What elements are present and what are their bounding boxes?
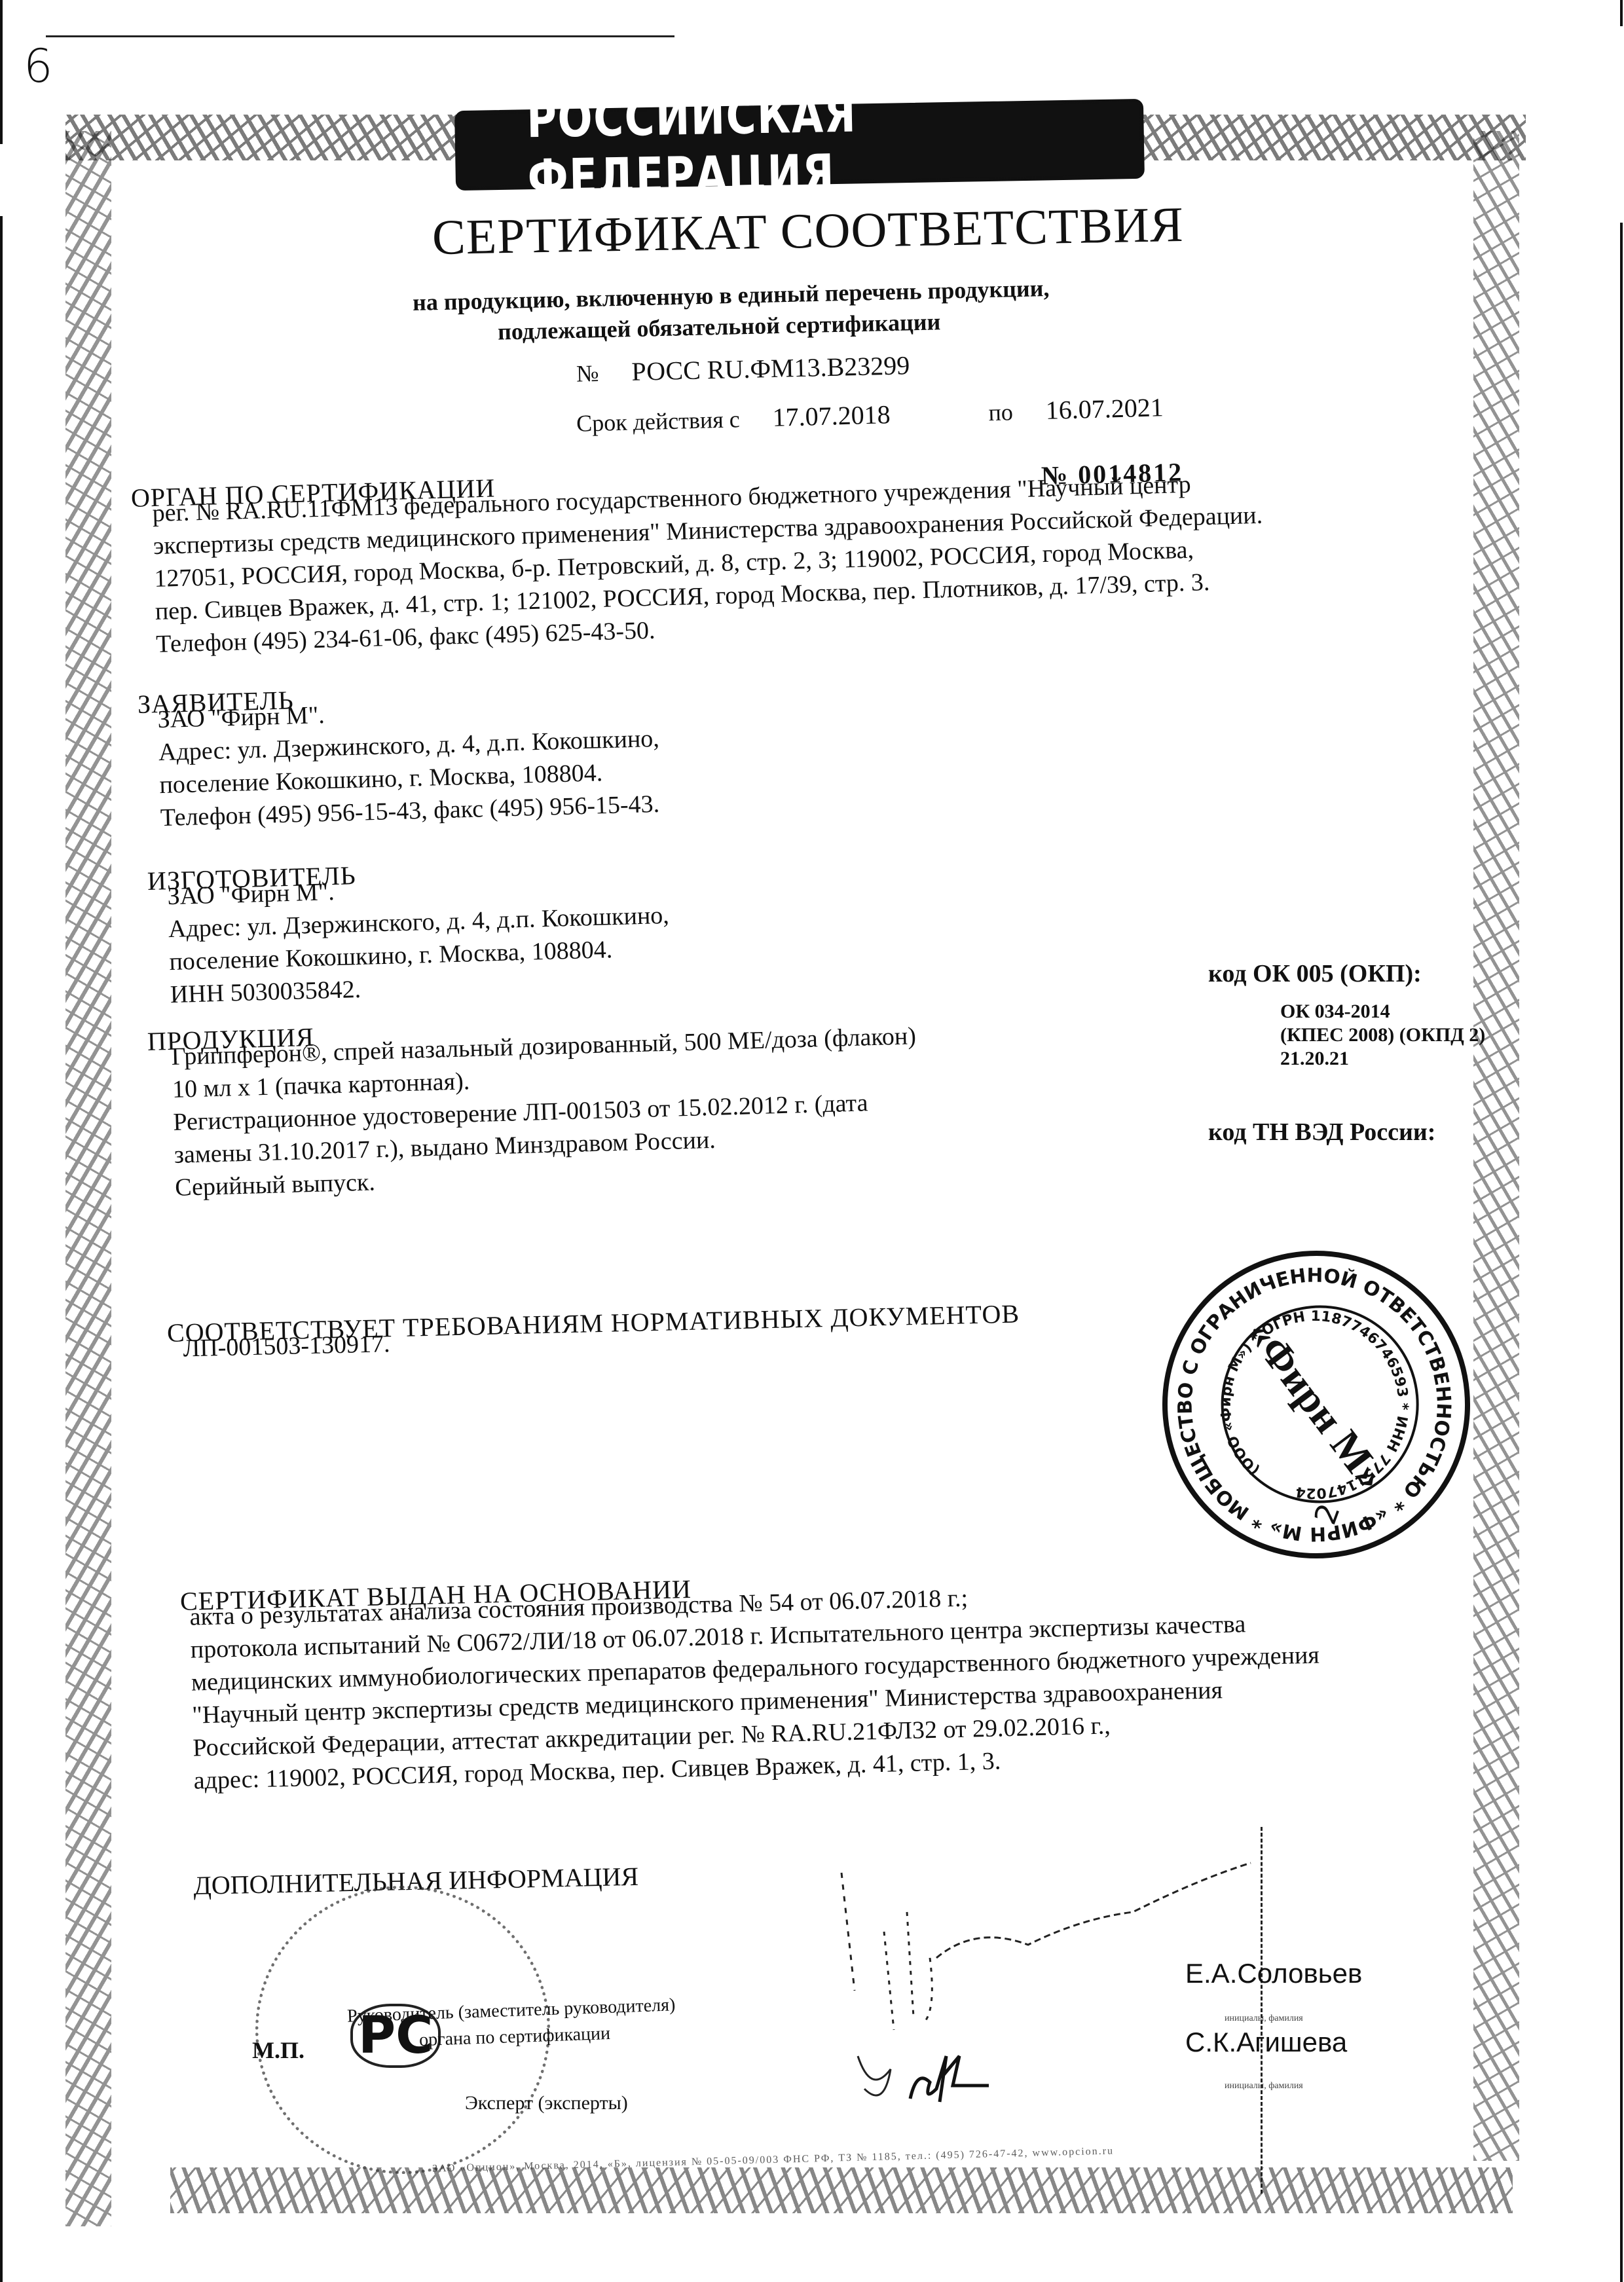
ornamental-border-bottom: [170, 2167, 1513, 2213]
certificate-number-value: РОСС RU.ФМ13.В23299: [631, 350, 910, 386]
role-expert-label: Эксперт (эксперты): [465, 2092, 628, 2114]
okp-code-label: код ОК 005 (ОКП):: [1208, 959, 1485, 988]
ornamental-border-left: [65, 131, 111, 2226]
okp-code-line: (КПЕС 2008) (ОКПД 2): [1280, 1023, 1485, 1047]
section-heading: ИЗГОТОВИТЕЛЬ: [147, 851, 667, 865]
section-manufacturer: ИЗГОТОВИТЕЛЬ ЗАО "Фирн М". Адрес: ул. Дз…: [147, 866, 671, 1012]
validity-period: Срок действия с 17.07.2018 по 16.07.2021: [576, 392, 1164, 437]
banner-text: РОССИЙСКАЯ ФЕДЕРАЦИЯ: [526, 81, 1073, 208]
stamp-place-label: М.П.: [252, 2036, 304, 2064]
section-issued-basis: СЕРТИФИКАТ ВЫДАН НА ОСНОВАНИИ акта о рез…: [180, 1573, 1322, 1797]
name-caption: инициалы, фамилия: [1225, 2081, 1303, 2091]
handwritten-signatures: [832, 1860, 1486, 2135]
section-heading: СООТВЕТСТВУЕТ ТРЕБОВАНИЯМ НОРМАТИВНЫХ ДО…: [166, 1297, 1019, 1317]
section-product: ПРОДУКЦИЯ Гриппферон®, спрей назальный д…: [147, 1020, 920, 1205]
subtitle-line-1: на продукцию, включенную в единый перече…: [413, 274, 1050, 316]
name-caption: инициалы, фамилия: [1225, 2014, 1303, 2024]
page-edge-right: [1620, 0, 1623, 26]
certificate-number-label: №: [576, 360, 599, 387]
document-title: СЕРТИФИКАТ СООТВЕТСТВИЯ: [432, 196, 1184, 267]
company-seal: ОБЩЕСТВО С ОГРАНИЧЕННОЙ ОТВЕТСТВЕННОСТЬЮ…: [1099, 1188, 1533, 1621]
section-heading: ЗАЯВИТЕЛЬ: [137, 674, 657, 688]
okp-code-values: ОК 034-2014 (КПЕС 2008) (ОКПД 2) 21.20.2…: [1280, 1000, 1485, 1071]
valid-from: 17.07.2018: [772, 399, 891, 432]
tnved-code-label: код ТН ВЭД России:: [1208, 1118, 1485, 1147]
scan-line: [46, 35, 674, 37]
seal-center-text: «Фирн М»: [1108, 1196, 1524, 1613]
classification-codes: код ОК 005 (ОКП): ОК 034-2014 (КПЕС 2008…: [1208, 959, 1485, 1147]
okp-code-line: 21.20.21: [1280, 1047, 1485, 1071]
validity-label: Срок действия с: [576, 406, 741, 437]
fold-line: [1261, 1827, 1263, 2194]
section-applicant: ЗАЯВИТЕЛЬ ЗАО "Фирн М". Адрес: ул. Дзерж…: [138, 690, 661, 835]
okp-code-line: ОК 034-2014: [1280, 1000, 1485, 1023]
valid-to: 16.07.2021: [1045, 392, 1164, 425]
expert-signatory-name: С.К.Агишева: [1185, 2027, 1347, 2058]
handwritten-page-number: 6: [24, 39, 53, 93]
certificate-number: № РОСС RU.ФМ13.В23299: [576, 350, 910, 388]
validity-to-label: по: [988, 399, 1013, 426]
section-complies-with: СООТВЕТСТВУЕТ ТРЕБОВАНИЯМ НОРМАТИВНЫХ ДО…: [167, 1313, 1020, 1365]
page-edge-left: [0, 0, 3, 144]
page-edge-right: [1620, 223, 1623, 2282]
subtitle-line-2: подлежащей обязательной сертификации: [498, 308, 941, 345]
page-edge-left: [0, 216, 3, 2282]
country-banner: РОССИЙСКАЯ ФЕДЕРАЦИЯ: [454, 99, 1145, 191]
section-certification-body: ОРГАН ПО СЕРТИФИКАЦИИ рег. № RA.RU.11ФМ1…: [131, 466, 1266, 661]
head-signatory-name: Е.А.Соловьев: [1185, 1958, 1362, 1989]
